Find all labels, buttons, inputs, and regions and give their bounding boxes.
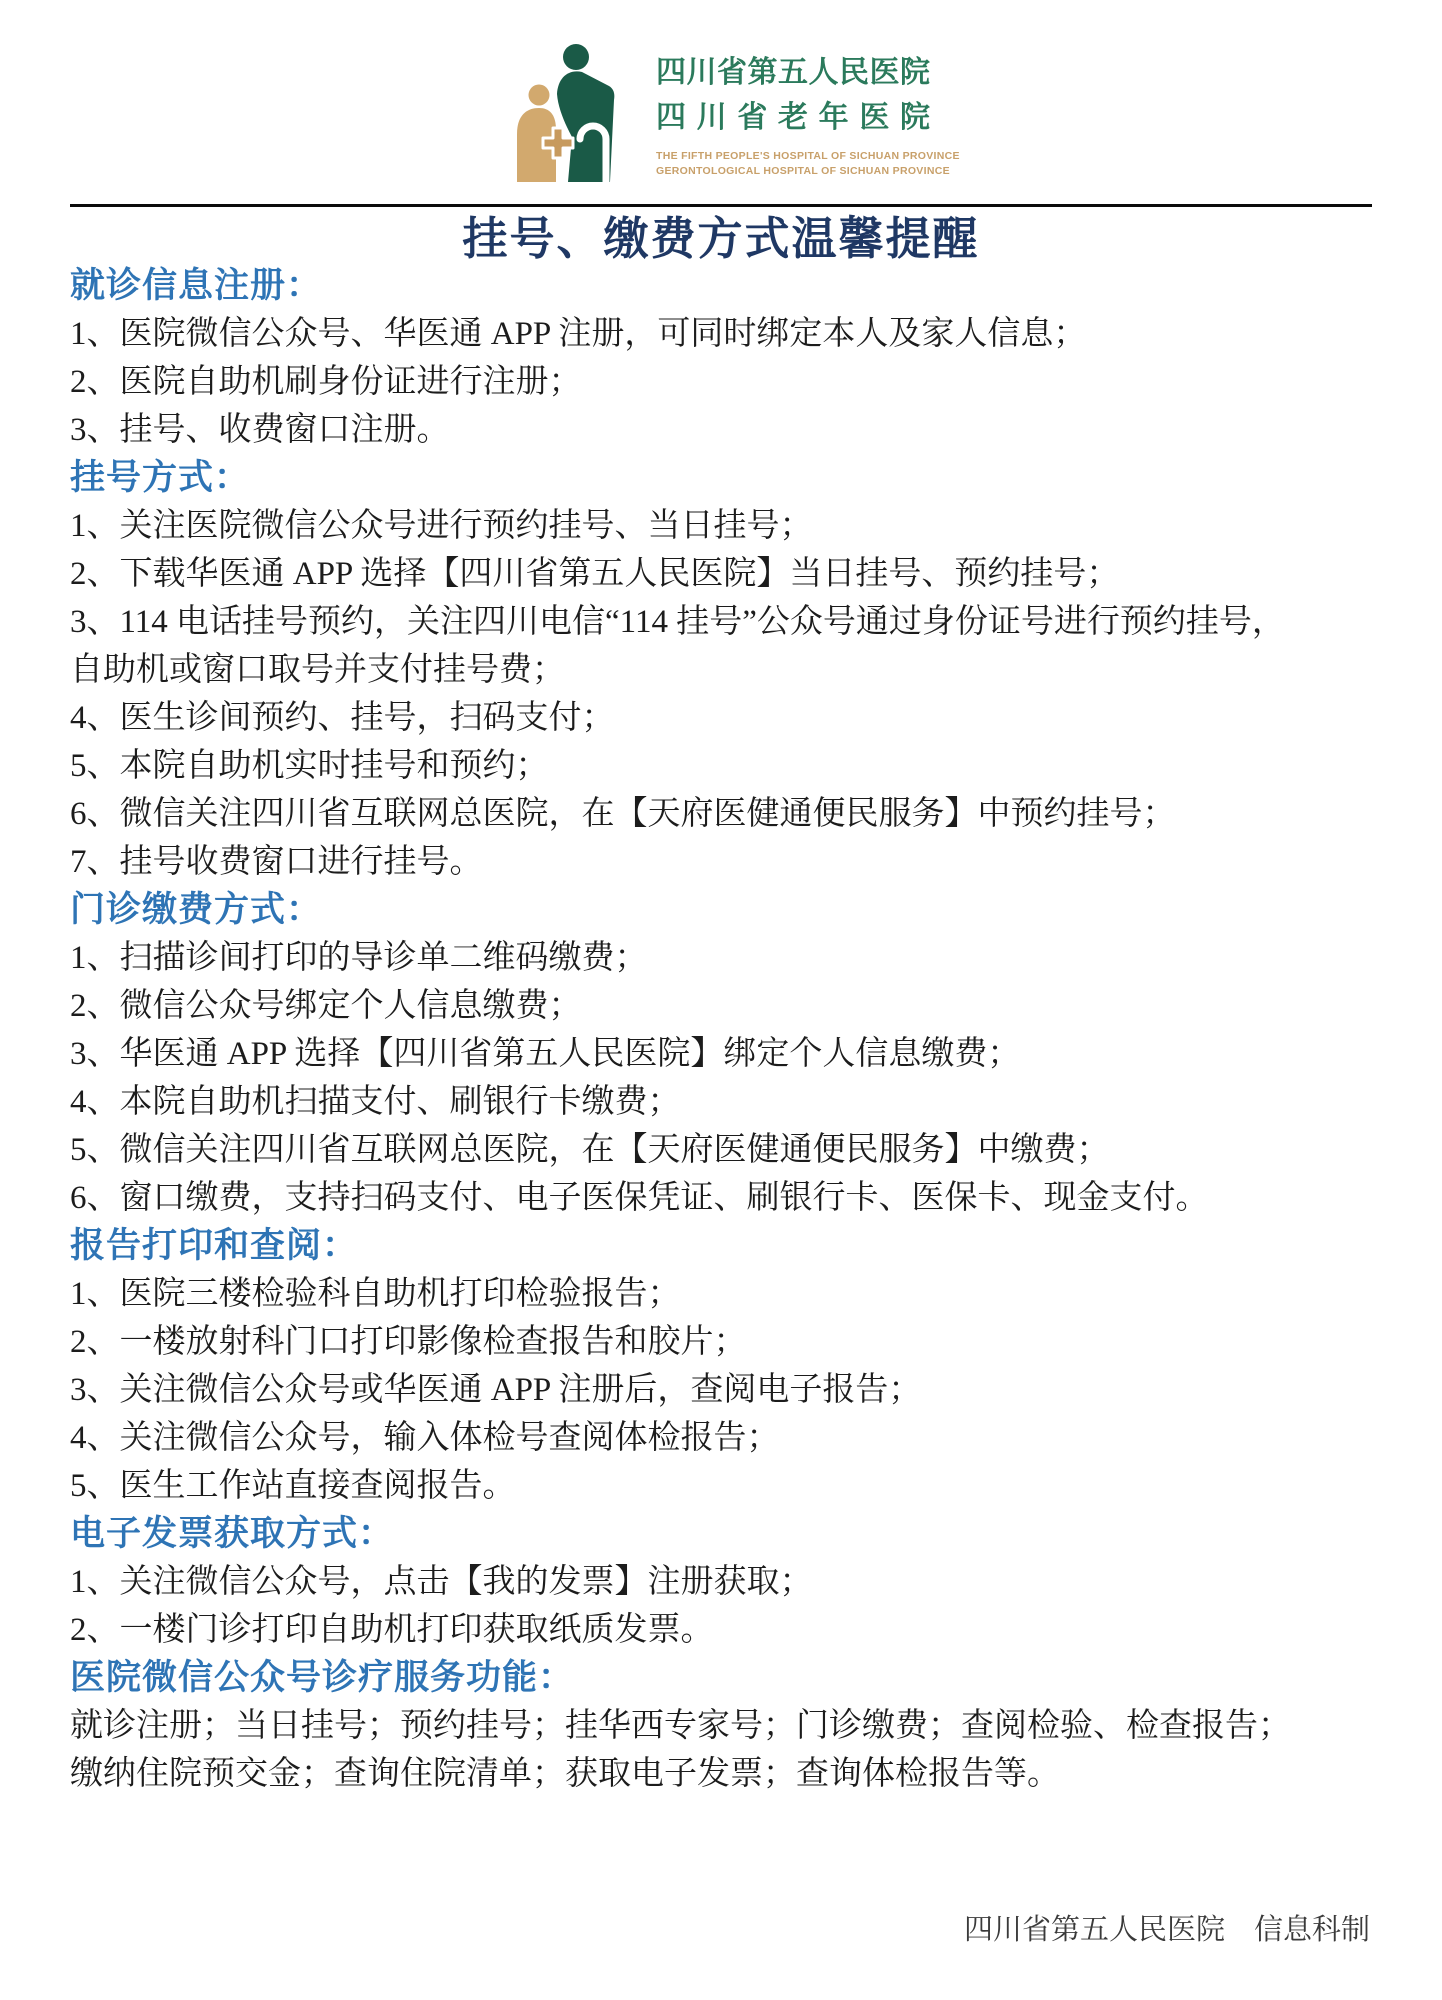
body-line: 1、医院三楼检验科自助机打印检验报告； <box>70 1270 1372 1318</box>
body-line: 6、窗口缴费，支持扫码支付、电子医保凭证、刷银行卡、医保卡、现金支付。 <box>70 1174 1372 1222</box>
body-line: 1、扫描诊间打印的导诊单二维码缴费； <box>70 934 1372 982</box>
body-line: 自助机或窗口取号并支付挂号费； <box>70 646 1372 694</box>
body-line: 2、一楼门诊打印自助机打印获取纸质发票。 <box>70 1606 1372 1654</box>
body-line: 2、下载华医通 APP 选择【四川省第五人民医院】当日挂号、预约挂号； <box>70 550 1372 598</box>
notice-body: 就诊信息注册：1、医院微信公众号、华医通 APP 注册，可同时绑定本人及家人信息… <box>70 262 1372 1798</box>
section-heading: 医院微信公众号诊疗服务功能： <box>70 1654 1372 1702</box>
section-heading: 挂号方式： <box>70 454 1372 502</box>
body-line: 5、本院自助机实时挂号和预约； <box>70 742 1372 790</box>
hospital-header: 四川省第五人民医院 四川省老年医院 THE FIFTH PEOPLE'S HOS… <box>0 42 1442 182</box>
body-line: 3、114 电话挂号预约，关注四川电信“114 挂号”公众号通过身份证号进行预约… <box>70 598 1372 646</box>
page-title: 挂号、缴费方式温馨提醒 <box>0 210 1442 268</box>
body-line: 4、本院自助机扫描支付、刷银行卡缴费； <box>70 1078 1372 1126</box>
elder-figure <box>517 85 556 183</box>
section-heading: 就诊信息注册： <box>70 262 1372 310</box>
hospital-name-block: 四川省第五人民医院 四川省老年医院 THE FIFTH PEOPLE'S HOS… <box>656 50 930 179</box>
section-heading: 门诊缴费方式： <box>70 886 1372 934</box>
hospital-name-en-2: GERONTOLOGICAL HOSPITAL OF SICHUAN PROVI… <box>656 164 930 179</box>
body-line: 1、关注医院微信公众号进行预约挂号、当日挂号； <box>70 502 1372 550</box>
section-heading: 报告打印和查阅： <box>70 1222 1372 1270</box>
body-line: 3、关注微信公众号或华医通 APP 注册后，查阅电子报告； <box>70 1366 1372 1414</box>
footer-credit: 四川省第五人民医院 信息科制 <box>964 1912 1370 1948</box>
hospital-name-cn-2: 四川省老年医院 <box>656 95 930 140</box>
body-line: 2、医院自助机刷身份证进行注册； <box>70 358 1372 406</box>
hospital-name-en-1: THE FIFTH PEOPLE'S HOSPITAL OF SICHUAN P… <box>656 149 930 164</box>
caregiver-elder-cross-cane-icon <box>512 42 630 182</box>
body-line: 5、医生工作站直接查阅报告。 <box>70 1462 1372 1510</box>
body-line: 1、医院微信公众号、华医通 APP 注册，可同时绑定本人及家人信息； <box>70 310 1372 358</box>
body-line: 4、医生诊间预约、挂号，扫码支付； <box>70 694 1372 742</box>
body-line: 3、华医通 APP 选择【四川省第五人民医院】绑定个人信息缴费； <box>70 1030 1372 1078</box>
body-line: 缴纳住院预交金；查询住院清单；获取电子发票；查询体检报告等。 <box>70 1750 1372 1798</box>
hospital-logo <box>512 42 630 182</box>
body-line: 2、微信公众号绑定个人信息缴费； <box>70 982 1372 1030</box>
body-line: 3、挂号、收费窗口注册。 <box>70 406 1372 454</box>
hospital-name-cn-1: 四川省第五人民医院 <box>656 50 930 95</box>
body-line: 5、微信关注四川省互联网总医院，在【天府医健通便民服务】中缴费； <box>70 1126 1372 1174</box>
body-line: 1、关注微信公众号，点击【我的发票】注册获取； <box>70 1558 1372 1606</box>
document-page: 四川省第五人民医院 四川省老年医院 THE FIFTH PEOPLE'S HOS… <box>0 0 1442 2000</box>
divider-line <box>70 204 1372 207</box>
body-line: 7、挂号收费窗口进行挂号。 <box>70 838 1372 886</box>
body-line: 4、关注微信公众号，输入体检号查阅体检报告； <box>70 1414 1372 1462</box>
body-line: 2、一楼放射科门口打印影像检查报告和胶片； <box>70 1318 1372 1366</box>
body-line: 6、微信关注四川省互联网总医院，在【天府医健通便民服务】中预约挂号； <box>70 790 1372 838</box>
section-heading: 电子发票获取方式： <box>70 1510 1372 1558</box>
body-line: 就诊注册；当日挂号；预约挂号；挂华西专家号；门诊缴费；查阅检验、检查报告； <box>70 1702 1372 1750</box>
